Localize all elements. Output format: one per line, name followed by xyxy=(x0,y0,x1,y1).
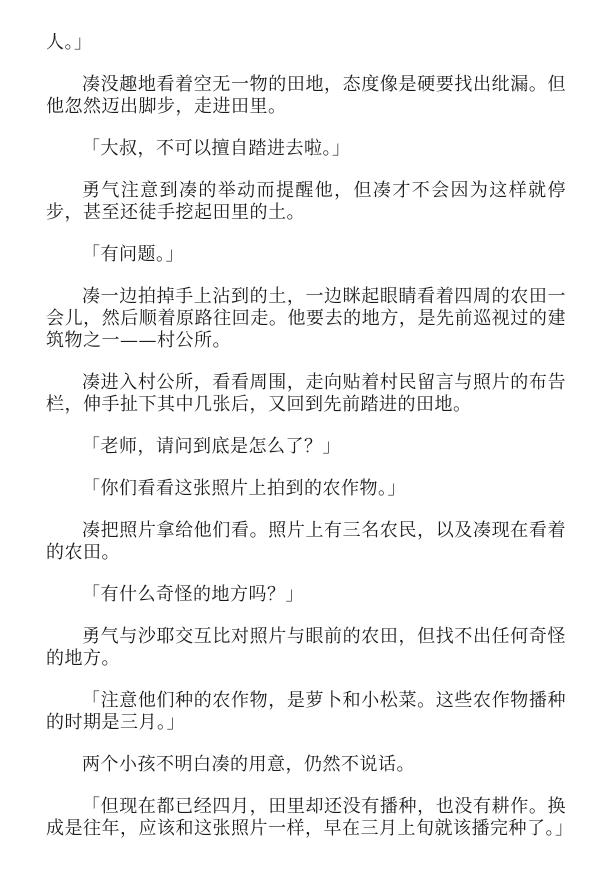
paragraph: 凑一边拍掉手上沾到的土，一边眯起眼睛看着四周的农田一会儿，然后顺着原路往回走。他… xyxy=(46,286,566,352)
paragraph: 两个小孩不明白凑的用意，仍然不说话。 xyxy=(46,754,566,776)
paragraph-dialogue: 「你们看看这张照片上拍到的农作物。」 xyxy=(46,478,566,500)
paragraph-dialogue: 「老师，请问到底是怎么了？」 xyxy=(46,436,566,458)
paragraph: 勇气注意到凑的举动而提醒他，但凑才不会因为这样就停步，甚至还徒手挖起田里的土。 xyxy=(46,180,566,224)
paragraph: 勇气与沙耶交互比对照片与眼前的农田，但找不出任何奇怪的地方。 xyxy=(46,626,566,670)
paragraph-dialogue: 「注意他们种的农作物，是萝卜和小松菜。这些农作物播种的时期是三月。」 xyxy=(46,690,566,734)
paragraph-dialogue: 「有问题。」 xyxy=(46,244,566,266)
paragraph: 凑把照片拿给他们看。照片上有三名农民，以及凑现在看着的农田。 xyxy=(46,520,566,564)
paragraph-continuation: 人。」 xyxy=(46,32,566,54)
paragraph-dialogue: 「但现在都已经四月，田里却还没有播种，也没有耕作。换成是往年，应该和这张照片一样… xyxy=(46,796,566,840)
paragraph: 凑进入村公所，看看周围，走向贴着村民留言与照片的布告栏，伸手扯下其中几张后，又回… xyxy=(46,372,566,416)
text-column: 人。」 凑没趣地看着空无一物的田地，态度像是硬要找出纰漏。但他忽然迈出脚步，走进… xyxy=(46,32,566,840)
book-page: 人。」 凑没趣地看着空无一物的田地，态度像是硬要找出纰漏。但他忽然迈出脚步，走进… xyxy=(0,0,613,869)
paragraph-dialogue: 「有什么奇怪的地方吗？」 xyxy=(46,584,566,606)
paragraph: 凑没趣地看着空无一物的田地，态度像是硬要找出纰漏。但他忽然迈出脚步，走进田里。 xyxy=(46,74,566,118)
paragraph-dialogue: 「大叔，不可以擅自踏进去啦。」 xyxy=(46,138,566,160)
